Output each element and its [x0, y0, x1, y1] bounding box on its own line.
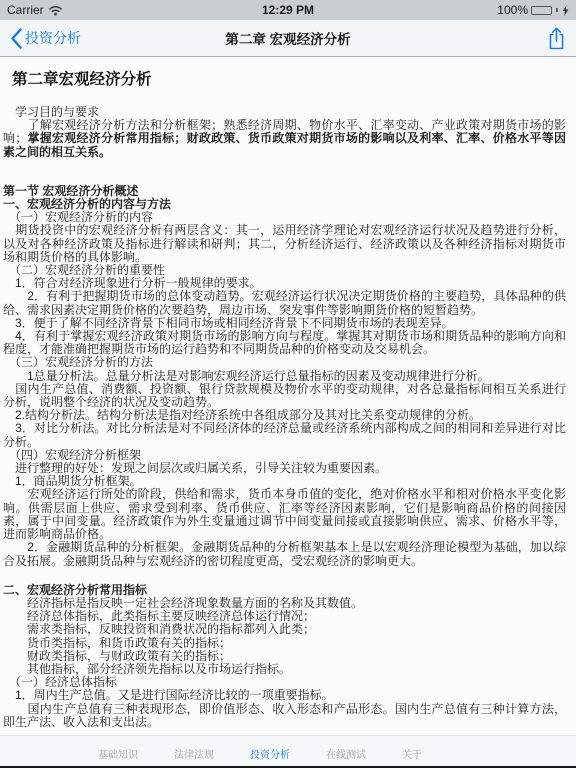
doc-paragraph: 2．有利于把握期货市场的总体变动趋势。宏观经济运行状况决定期货价格的主要趋势，具… — [3, 290, 566, 316]
doc-paragraph: 3．对比分析法。对比分析法是对不同经济体的经济总量或经济系统内部构成之间的相同和… — [3, 422, 566, 448]
doc-text-segment: （二）宏观经济分析的重要性 — [3, 263, 165, 277]
doc-text-segment: 经济指标是指反映一定社会经济现象数量方面的名称及其数值。 — [3, 596, 363, 610]
doc-paragraph: 了解宏观经济分析方法和分析框架；熟悉经济周期、物价水平、汇率变动、产业政策对期货… — [3, 119, 566, 159]
tab-item[interactable]: 基础知识 — [98, 746, 138, 761]
doc-text-segment: 3．便于了解不同经济背景下相同市场或相同经济背景下不同期货市场的表现差异。 — [3, 316, 454, 330]
battery-icon — [531, 6, 552, 15]
chevron-left-icon — [10, 28, 22, 49]
document-title: 第二章宏观经济分析 — [12, 67, 566, 89]
doc-text-segment: 进行整理的好处：发现之间层次或归属关系，引导关注较为重要因素。 — [3, 461, 387, 475]
back-button[interactable]: 投资分析 — [10, 28, 81, 49]
doc-text-segment: 1．周内生产总值。又是进行国际经济比较的一项重要指标。 — [3, 688, 334, 702]
doc-paragraph: 国内生产总值、消费额、投资额、银行贷款规模及物价水平的变动规律，对各总量指标间相… — [3, 383, 566, 409]
clock: 12:29 PM — [0, 3, 576, 17]
tab-item[interactable]: 在线测试 — [326, 746, 366, 761]
doc-text-segment: （四）宏观经济分析框架 — [3, 448, 141, 462]
doc-paragraph: 国内生产总值有三种表现形态，即价值形态、收入形态和产品形态。国内生产总值有三种计… — [3, 703, 566, 729]
doc-text-segment: 国内生产总值有三种表现形态，即价值形态、收入形态和产品形态。国内生产总值有三种计… — [3, 702, 566, 729]
share-button[interactable] — [547, 26, 566, 51]
doc-paragraph: 宏观经济运行所处的阶段，供给和需求，货币本身币值的变化，绝对价格水平和相对价格水… — [3, 488, 566, 541]
doc-text-segment: 货币类指标，和货币政策有关的指标； — [3, 636, 231, 650]
status-bar: Carrier 12:29 PM 100% — [0, 0, 576, 20]
doc-text-segment: 4．有利于掌握宏观经济政策对期货市场的影响方向与程度。掌握其对期货市场和期货品种… — [3, 329, 566, 356]
doc-text-segment: 掌握宏观经济分析常用指标；财政政策、货币政策对期货市场的影响以及利率、汇率、价格… — [3, 131, 566, 158]
document-scroll-area[interactable]: 第二章宏观经济分析 学习目的与要求 了解宏观经济分析方法和分析框架；熟悉经济周期… — [0, 57, 576, 735]
doc-paragraph: 期货投资中的宏观经济分析有两层含义：其一，运用经济学理论对宏观经济运行状况及趋势… — [3, 224, 566, 264]
doc-text-segment: 一、宏观经济分析的内容与方法 — [3, 197, 171, 211]
doc-text-segment: 3．对比分析法。对比分析法是对不同经济体的经济总量或经济系统内部构成之间的相同和… — [3, 421, 566, 448]
tab-item[interactable]: 关于 — [402, 746, 422, 761]
doc-text-segment: 第一节 宏观经济分析概述 — [3, 184, 138, 198]
tab-bar: 基础知识法律法规投资分析在线测试关于 — [0, 735, 576, 766]
doc-text-segment: 其他指标，部分经济领先指标以及市场运行指标。 — [3, 662, 291, 676]
doc-text-segment: 学习目的与要求 — [3, 105, 99, 119]
doc-text-segment: 经济总体指标，此类指标主要反映经济总体运行情况； — [3, 609, 315, 623]
app-screen: Carrier 12:29 PM 100% 第二章 宏观经济分析 — [0, 0, 576, 768]
tab-item[interactable]: 投资分析 — [250, 746, 290, 761]
doc-text-segment: 期货投资中的宏观经济分析有两层含义：其一，运用经济学理论对宏观经济运行状况及趋势… — [3, 223, 566, 263]
doc-paragraph: 4．有利于掌握宏观经济政策对期货市场的影响方向与程度。掌握其对期货市场和期货品种… — [3, 330, 566, 356]
share-icon — [547, 26, 566, 51]
doc-text-segment: 国内生产总值、消费额、投资额、银行贷款规模及物价水平的变动规律，对各总量指标间相… — [3, 382, 566, 409]
doc-text-segment: （三）宏观经济分析的方法 — [3, 355, 153, 369]
doc-text-segment: 宏观经济运行所处的阶段，供给和需求，货币本身币值的变化，绝对价格水平和相对价格水… — [3, 487, 566, 541]
doc-text-segment: 2．有利于把握期货市场的总体变动趋势。宏观经济运行状况决定期货价格的主要趋势，具… — [3, 289, 566, 316]
doc-paragraph: 2．金融期货品种的分析框架。金融期货品种的分析框架基本上是以宏观经济理论模型为基… — [3, 541, 566, 567]
doc-text-segment: 2．金融期货品种的分析框架。金融期货品种的分析框架基本上是以宏观经济理论模型为基… — [3, 540, 566, 567]
document-body: 学习目的与要求 了解宏观经济分析方法和分析框架；熟悉经济周期、物价水平、汇率变动… — [3, 106, 566, 729]
doc-text-segment: 1总量分析法。总量分析法是对影响宏观经济运行总量指标的因素及变动规律进行分析。 — [3, 369, 490, 383]
navigation-bar: 第二章 宏观经济分析 投资分析 — [0, 20, 576, 57]
doc-text-segment: 需求类指标，反映投资和消费状况的指标都列入此类； — [3, 622, 315, 636]
nav-title: 第二章 宏观经济分析 — [0, 28, 576, 48]
tab-item[interactable]: 法律法规 — [174, 746, 214, 761]
doc-text-segment: 财政类指标，与财政政策有关的指标； — [3, 649, 231, 663]
back-button-label: 投资分析 — [25, 28, 81, 48]
doc-text-segment: 二、宏观经济分析常用指标 — [3, 583, 147, 597]
